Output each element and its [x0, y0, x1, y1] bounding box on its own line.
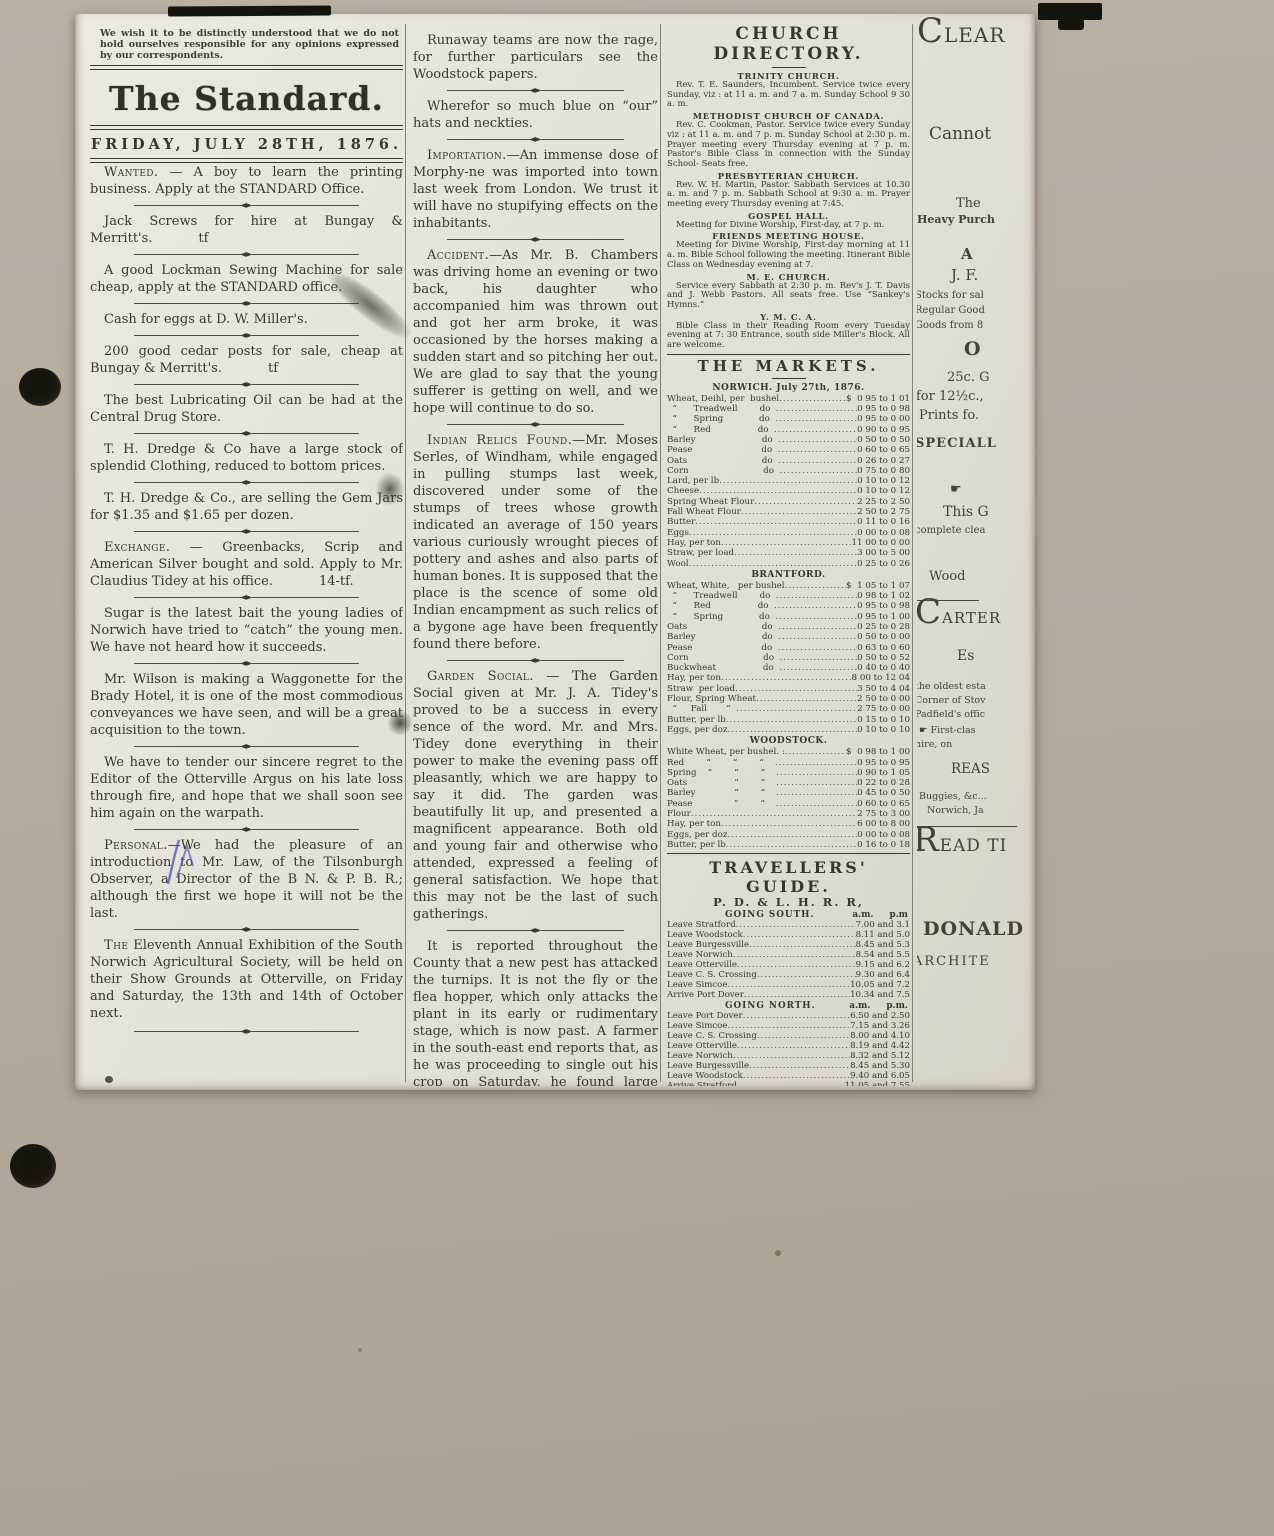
church-directory-sections: TRINITY CHURCH. Rev. T. E. Saunders, Inc… — [667, 71, 910, 351]
market-item: Spring Wheat Flour — [667, 497, 754, 507]
dot-leader — [776, 788, 857, 798]
punch-hole-bottom — [10, 1144, 56, 1188]
diamond-ornament-icon: ◆ — [529, 236, 541, 243]
market-row: Wheat, White, per bushel$ 1 05 to 1 07 — [667, 581, 910, 591]
dot-leader — [776, 778, 857, 788]
ad-line: Stocks for sal — [917, 288, 985, 303]
diamond-ornament-icon: ◆ — [240, 743, 252, 750]
news-paragraph: Accident.—As Mr. B. Chambers was driving… — [413, 247, 658, 417]
market-item: Eggs, per doz — [667, 830, 727, 840]
ad-line: Padfield's offic — [917, 708, 986, 722]
divider-line — [252, 663, 359, 664]
market-row: Oats “ “ 0 22 to 0 28 — [667, 778, 910, 788]
news-item: ◆ Importation.—An immense dose of Morphy… — [413, 136, 658, 232]
item-lead: Personal. — [104, 838, 168, 853]
market-item: Hay, per ton — [667, 673, 721, 683]
divider-line — [252, 205, 359, 206]
diamond-ornament-icon: ◆ — [240, 660, 252, 667]
ad-fragment-special: SPECIALL — [917, 436, 997, 451]
item-divider: ◆ — [447, 421, 623, 428]
item-text: —Mr. Moses Serles, of Windham, while eng… — [413, 433, 658, 652]
market-price: $ 0 98 to 1 00 — [846, 747, 910, 757]
ad-fragment-cannot: Cannot — [929, 124, 991, 144]
divider-line — [447, 930, 530, 931]
market-item: Hay, per ton — [667, 819, 721, 829]
dot-leader — [741, 507, 857, 517]
dot-leader — [778, 456, 857, 466]
item-text: Wherefor so much blue on “our” hats and … — [413, 99, 658, 131]
market-item: Lard, per lb — [667, 476, 719, 486]
ad-fragment-for-12half: for 12½c., — [917, 389, 984, 404]
market-item: Butter, per lb — [667, 715, 726, 725]
item-text: —As Mr. B. Chambers was driving home an … — [413, 248, 658, 416]
item-divider: ◆ — [447, 927, 623, 934]
divider-line — [447, 139, 530, 140]
dot-leader — [727, 725, 857, 735]
column-rule-2 — [660, 24, 661, 1082]
market-item: Butter — [667, 517, 695, 527]
scan-artifact-top-right — [1058, 19, 1084, 30]
divider-line — [134, 746, 241, 747]
market-row: Eggs0 00 to 0 08 — [667, 528, 910, 538]
item-divider: ◆ — [447, 657, 623, 664]
market-item: Barley do — [667, 632, 778, 642]
market-item: Fall Wheat Flour — [667, 507, 741, 517]
woodstock-market-rows: White Wheat, per bushel. :$ 0 98 to 1 00… — [667, 747, 910, 850]
divider-line — [134, 335, 241, 336]
market-item: Pease do — [667, 445, 778, 455]
ad-fragment-oldest-establishment: the oldest esta Corner of Stov Padfield'… — [917, 680, 986, 722]
market-item: Eggs — [667, 528, 689, 538]
dot-leader — [726, 715, 857, 725]
dot-leader — [774, 425, 857, 435]
news-item: ◆ We have to tender our sincere regret t… — [90, 743, 403, 822]
church-details: Rev. T. E. Saunders, Incumbent. Service … — [667, 81, 910, 110]
newspaper-clipping: We wish it to be distinctly understood t… — [75, 14, 1035, 1090]
divider-line — [134, 829, 241, 830]
scan-board: We wish it to be distinctly understood t… — [0, 0, 1274, 1536]
news-item: ◆ The Eleventh Annual Exhibition of the … — [90, 926, 403, 1022]
market-price: 0 25 to 0 28 — [857, 622, 910, 632]
ad-line: Regular Good — [917, 303, 985, 318]
dot-leader — [727, 981, 850, 991]
column-1-items: ◆ Wanted. — A boy to learn the printing … — [90, 164, 403, 1022]
ad-fragment-architect: ARCHITE — [917, 954, 991, 969]
market-price: 0 75 to 0 80 — [857, 466, 910, 476]
dot-leader — [775, 612, 857, 622]
dot-leader — [691, 809, 857, 819]
market-row: Fall Wheat Flour2 50 to 2 75 — [667, 507, 910, 517]
market-price: 0 45 to 0 50 — [857, 788, 910, 798]
news-paragraph: The Eleventh Annual Exhibition of the So… — [90, 937, 403, 1022]
ad-fragment-buggies: Buggies, &c... — [919, 791, 987, 802]
item-divider: ◆ — [134, 332, 359, 339]
divider-line — [252, 433, 359, 434]
diamond-ornament-icon: ◆ — [240, 926, 252, 933]
dot-leader — [695, 517, 857, 527]
dot-leader — [776, 591, 857, 601]
diamond-ornament-icon: ◆ — [240, 251, 252, 258]
market-price: 0 10 to 0 12 — [857, 486, 910, 496]
dot-leader — [778, 622, 857, 632]
dot-leader — [689, 528, 857, 538]
divider-line — [447, 90, 530, 91]
news-paragraph: T. H. Dredge & Co have a large stock of … — [90, 441, 403, 475]
news-paragraph: Personal.—We had the pleasure of an intr… — [90, 837, 403, 922]
market-row: “ Red do 0 90 to 0 95 — [667, 425, 910, 435]
news-item: ◆ 200 good cedar posts for sale, cheap a… — [90, 332, 403, 377]
market-row: Eggs, per doz0 00 to 0 08 — [667, 830, 910, 840]
item-lead: Accident. — [427, 248, 489, 263]
market-item: Barley “ “ — [667, 788, 776, 798]
market-row: “ Spring do 0 95 to 0 00 — [667, 414, 910, 424]
market-row: Buckwheat do 0 40 to 0 40 — [667, 663, 910, 673]
item-divider: ◆ — [447, 236, 623, 243]
market-item: White Wheat, per bushel. : — [667, 747, 785, 757]
divider-line — [252, 482, 359, 483]
dot-leader — [736, 704, 857, 714]
scan-artifact-top — [168, 5, 331, 16]
news-item: ◆ Mr. Wilson is making a Waggonette for … — [90, 660, 403, 739]
market-price: $ 0 95 to 1 01 — [846, 394, 910, 404]
market-row: Spring “ “ “ 0 90 to 1 05 — [667, 768, 910, 778]
board-speck — [775, 1250, 781, 1256]
dot-leader — [778, 445, 857, 455]
market-price: 2 75 to 3 00 — [857, 809, 910, 819]
news-paragraph: Wherefor so much blue on “our” hats and … — [413, 98, 658, 132]
divider-line — [252, 531, 359, 532]
market-price: 0 26 to 0 27 — [857, 456, 910, 466]
church-section: M. E. CHURCH. Service every Sabbath at 2… — [667, 272, 910, 311]
ad-fragment-stocks: Stocks for sal Regular Good Goods from 8 — [917, 288, 985, 333]
item-divider: ◆ — [134, 202, 359, 209]
news-item: ◆ A good Lockman Sewing Machine for sale… — [90, 251, 403, 296]
market-row: Straw, per load3 00 to 5 00 — [667, 548, 910, 558]
divider-line — [252, 829, 359, 830]
divider-line — [541, 139, 624, 140]
item-divider: ◆ — [134, 743, 359, 750]
diamond-ornament-icon: ◆ — [240, 332, 252, 339]
dot-leader — [778, 643, 857, 653]
diamond-ornament-icon: ◆ — [240, 826, 252, 833]
issue-dateline: FRIDAY, JULY 28TH, 1876. — [90, 131, 403, 157]
divider-line — [541, 239, 624, 240]
market-price: 0 60 to 0 65 — [857, 799, 910, 809]
dot-leader — [735, 684, 857, 694]
section-rule — [667, 853, 910, 854]
ad-fragment-25c: 25c. G — [947, 370, 989, 385]
market-price: 0 50 to 0 50 — [857, 435, 910, 445]
market-row: Barley do 0 50 to 0 00 — [667, 632, 910, 642]
dot-leader — [780, 466, 858, 476]
divider-line — [134, 433, 241, 434]
dot-leader — [699, 486, 857, 496]
board-speck — [358, 1348, 362, 1352]
dot-leader — [779, 663, 857, 673]
item-divider: ◆ — [134, 594, 359, 601]
church-details: Rev. W. H. Martin, Pastor. Sabbath Servi… — [667, 181, 910, 210]
market-item: Wheat, White, per bushel — [667, 581, 785, 591]
news-item: ◆ Garden Social. — The Garden Social giv… — [413, 657, 658, 923]
market-price: $ 1 05 to 1 07 — [846, 581, 910, 591]
dot-leader — [775, 758, 857, 768]
dot-leader — [774, 601, 857, 611]
market-item: Corn do — [667, 653, 780, 663]
market-price: 0 63 to 0 60 — [857, 643, 910, 653]
church-details: Meeting for Divine Worship, First-day, a… — [667, 221, 910, 231]
dot-leader — [721, 673, 852, 683]
item-divider: ◆ — [447, 136, 623, 143]
dot-leader — [733, 1052, 850, 1062]
station-name: Arrive Port Dover — [667, 991, 744, 1001]
market-row: Wool0 25 to 0 26 — [667, 559, 910, 569]
diamond-ornament-icon: ◆ — [240, 594, 252, 601]
railway-name: P. D. & L. H. R. R, — [667, 896, 910, 909]
ad-line: Corner of Stov — [917, 694, 986, 708]
divider-line — [134, 929, 241, 930]
item-text: It is reported throughout the County tha… — [413, 939, 658, 1086]
market-row: Wheat, Deihl, per bushel$ 0 95 to 1 01 — [667, 394, 910, 404]
church-directory-title: CHURCH DIRECTORY. — [667, 22, 910, 65]
item-divider: ◆ — [134, 251, 359, 258]
ad-fragment-jf: J. F. — [951, 266, 978, 284]
dot-leader — [749, 1062, 850, 1072]
church-details: Bible Class in their Reading Room every … — [667, 322, 910, 351]
item-lead: Garden Social. — [427, 669, 534, 684]
news-item: ◆ Exchange. — Greenbacks, Scrip and Amer… — [90, 528, 403, 590]
dot-leader — [721, 819, 857, 829]
brantford-market-header: BRANTFORD. — [667, 569, 910, 581]
market-row: Barley “ “ 0 45 to 0 50 — [667, 788, 910, 798]
market-price: 0 22 to 0 28 — [857, 778, 910, 788]
double-rule — [90, 65, 403, 70]
going-north-rows: Leave Port Dover6.50 and 2.50 Leave Simc… — [667, 1012, 910, 1086]
item-divider: ◆ — [134, 660, 359, 667]
divider-line — [134, 597, 241, 598]
market-row: Butter, per lb0 16 to 0 18 — [667, 840, 910, 850]
divider-line — [134, 205, 241, 206]
dot-leader — [737, 1042, 850, 1052]
diamond-ornament-icon: ◆ — [529, 657, 541, 664]
market-item: Oats do — [667, 456, 778, 466]
market-row: Pease do 0 60 to 0 65 — [667, 445, 910, 455]
ad-fragment-hire: hire, on — [917, 739, 952, 750]
news-paragraph: Runaway teams are now the rage, for furt… — [413, 32, 658, 83]
dot-leader — [779, 394, 846, 404]
market-price: 0 50 to 0 52 — [857, 653, 910, 663]
news-item: ◆ T. H. Dredge & Co., are selling the Ge… — [90, 479, 403, 524]
news-item: ◆ It is reported throughout the County t… — [413, 927, 658, 1086]
market-price: 0 10 to 0 12 — [857, 476, 910, 486]
dot-leader — [756, 694, 857, 704]
church-section: TRINITY CHURCH. Rev. T. E. Saunders, Inc… — [667, 71, 910, 110]
train-times: 10.34 and 7.5 — [850, 991, 910, 1001]
market-price: 2 50 to 2 75 — [857, 507, 910, 517]
column-3: CHURCH DIRECTORY. TRINITY CHURCH. Rev. T… — [667, 22, 910, 1086]
ad-fragment-donald: DONALD — [923, 918, 1024, 940]
news-item: ◆ Jack Screws for hire at Bungay & Merri… — [90, 202, 403, 247]
dot-leader — [736, 921, 856, 931]
news-paragraph: Wanted. — A boy to learn the printing bu… — [90, 164, 403, 198]
diamond-ornament-icon: ◆ — [529, 136, 541, 143]
divider-line — [134, 303, 241, 304]
dot-leader — [743, 1012, 850, 1022]
item-lead: Indian Relics Found. — [427, 433, 572, 448]
market-item: Wool — [667, 559, 689, 569]
market-row: White Wheat, per bushel. :$ 0 98 to 1 00 — [667, 747, 910, 757]
item-text: Eleventh Annual Exhibition of the South … — [90, 938, 403, 1021]
market-price: 0 60 to 0 65 — [857, 445, 910, 455]
item-lead: Importation. — [427, 148, 507, 163]
ad-line: Goods from 8 — [917, 318, 985, 333]
divider-line — [252, 335, 359, 336]
market-item: “ Spring do — [667, 612, 775, 622]
item-text: Runaway teams are now the rage, for furt… — [413, 33, 658, 82]
item-tail: tf — [198, 231, 208, 246]
item-tail: 14-tf. — [319, 574, 354, 589]
dot-leader — [776, 768, 857, 778]
diamond-ornament-icon: ◆ — [529, 927, 541, 934]
news-paragraph: T. H. Dredge & Co., are selling the Gem … — [90, 490, 403, 524]
going-south-rows: Leave Stratford7.00 and 3.1 Leave Woodst… — [667, 921, 910, 1000]
ad-fragment-the: The — [956, 196, 981, 211]
column-rule-3 — [912, 24, 913, 1082]
dot-leader — [775, 414, 857, 424]
market-item: “ Spring do — [667, 414, 775, 424]
news-item: ◆ Wherefor so much blue on “our” hats an… — [413, 87, 658, 132]
market-item: Butter, per lb — [667, 840, 726, 850]
column-1: We wish it to be distinctly understood t… — [90, 26, 403, 1086]
news-paragraph: It is reported throughout the County tha… — [413, 938, 658, 1086]
dot-leader — [719, 476, 857, 486]
church-details: Rev. C. Cookman, Pastor. Service twice e… — [667, 121, 910, 170]
station-name: Arrive Stratford — [667, 1082, 737, 1086]
market-row: Oats do 0 25 to 0 28 — [667, 622, 910, 632]
market-row: Corn do 0 75 to 0 80 — [667, 466, 910, 476]
market-row: Oats do 0 26 to 0 27 — [667, 456, 910, 466]
item-divider: ◆ — [134, 528, 359, 535]
market-item: Hay, per ton — [667, 538, 721, 548]
divider-line — [541, 90, 624, 91]
item-divider: ◆ — [134, 926, 359, 933]
market-item: Red “ “ “ — [667, 758, 775, 768]
market-item: Straw, per load — [667, 548, 734, 558]
market-row: Hay, per ton6 00 to 8 00 — [667, 819, 910, 829]
ad-fragment-clearing: CLEAR — [917, 22, 1005, 47]
column-4-cutoff-ads: CLEAR Cannot The Heavy Purch A J. F. Sto… — [917, 14, 1035, 1090]
ad-fragment-heavy-purchase: Heavy Purch — [917, 213, 995, 226]
market-row: Lard, per lb0 10 to 0 12 — [667, 476, 910, 486]
ad-fragment-wood: Wood — [929, 569, 965, 584]
market-item: Pease “ “ — [667, 799, 776, 809]
divider-line — [541, 930, 624, 931]
news-item: ◆ Accident.—As Mr. B. Chambers was drivi… — [413, 236, 658, 417]
church-section: PRESBYTERIAN CHURCH. Rev. W. H. Martin, … — [667, 171, 910, 210]
short-rule — [772, 378, 806, 379]
market-row: “ Spring do 0 95 to 1 00 — [667, 612, 910, 622]
dot-leader — [754, 497, 857, 507]
market-item: Buckwheat do — [667, 663, 779, 673]
market-row: Flour2 75 to 3 00 — [667, 809, 910, 819]
divider-line — [252, 254, 359, 255]
dot-leader — [737, 1082, 845, 1086]
dot-leader — [733, 951, 856, 961]
market-price: 0 95 to 0 98 — [857, 404, 910, 414]
news-item: ◆ Wanted. — A boy to learn the printing … — [90, 164, 403, 198]
market-row: Flour, Spring Wheat2 50 to 0 00 — [667, 694, 910, 704]
market-item: Oats do — [667, 622, 778, 632]
item-text: — The Garden Social given at Mr. J. A. T… — [413, 669, 658, 922]
item-divider: ◆ — [447, 87, 623, 94]
market-item: “ Treadwell do — [667, 591, 776, 601]
item-text: The best Lubricating Oil can be had at t… — [90, 393, 403, 425]
double-rule — [90, 125, 403, 130]
punch-hole-top — [19, 368, 61, 406]
dot-leader — [757, 1032, 850, 1042]
item-text: Mr. Wilson is making a Waggonette for th… — [90, 672, 403, 738]
diamond-ornament-icon: ◆ — [240, 300, 252, 307]
divider-line — [447, 424, 530, 425]
market-item: Barley do — [667, 435, 778, 445]
scan-artifact-top-right — [1038, 3, 1102, 20]
ad-fragment-read-this: READ TI — [917, 831, 1007, 856]
market-price: 0 95 to 1 00 — [857, 612, 910, 622]
woodstock-market-header: WOODSTOCK. — [667, 735, 910, 747]
market-item: Pease do — [667, 643, 778, 653]
market-item: Spring “ “ “ — [667, 768, 776, 778]
travellers-guide-title: TRAVELLERS' GUIDE. — [667, 855, 910, 896]
dot-leader — [757, 971, 856, 981]
news-paragraph: Jack Screws for hire at Bungay & Merritt… — [90, 213, 403, 247]
ad-fragment-es: Es — [957, 648, 974, 664]
ad-fragment-o: O — [964, 338, 981, 360]
news-paragraph: Mr. Wilson is making a Waggonette for th… — [90, 671, 403, 739]
masthead-title: The Standard. — [90, 71, 403, 124]
dot-leader — [743, 931, 856, 941]
divider-line — [541, 424, 624, 425]
ad-fragment-this-g: This G — [943, 504, 989, 520]
market-price: 0 95 to 0 95 — [857, 758, 910, 768]
ad-fragment-complete-clearance: complete clea — [917, 525, 985, 536]
dot-leader — [744, 991, 850, 1001]
dot-leader — [776, 799, 857, 809]
dot-leader — [727, 830, 857, 840]
divider-line — [447, 239, 530, 240]
divider-line — [252, 597, 359, 598]
church-section: METHODIST CHURCH OF CANADA. Rev. C. Cook… — [667, 111, 910, 170]
market-price: 8 00 to 12 04 — [852, 673, 910, 683]
market-price: 0 00 to 0 08 — [857, 830, 910, 840]
train-row: Arrive Port Dover10.34 and 7.5 — [667, 991, 910, 1001]
diamond-ornament-icon: ◆ — [240, 381, 252, 388]
market-row: Pease “ “ 0 60 to 0 65 — [667, 799, 910, 809]
dot-leader — [721, 538, 852, 548]
short-rule — [772, 67, 806, 68]
news-item: ◆ Cash for eggs at D. W. Miller's. — [90, 300, 403, 328]
news-item: ◆ Personal.—We had the pleasure of an in… — [90, 826, 403, 922]
market-price: 6 00 to 8 00 — [857, 819, 910, 829]
column-rule-1 — [405, 24, 406, 1082]
divider-line — [134, 663, 241, 664]
church-section: FRIENDS MEETING HOUSE. Meeting for Divin… — [667, 231, 910, 270]
norwich-market-rows: Wheat, Deihl, per bushel$ 0 95 to 1 01 “… — [667, 394, 910, 569]
market-price: 0 00 to 0 08 — [857, 528, 910, 538]
news-paragraph: We have to tender our sincere regret to … — [90, 754, 403, 822]
dot-leader — [776, 404, 857, 414]
news-item: ◆ T. H. Dredge & Co have a large stock o… — [90, 430, 403, 475]
market-price: 0 40 to 0 40 — [857, 663, 910, 673]
blue-pen-mark — [163, 836, 203, 892]
